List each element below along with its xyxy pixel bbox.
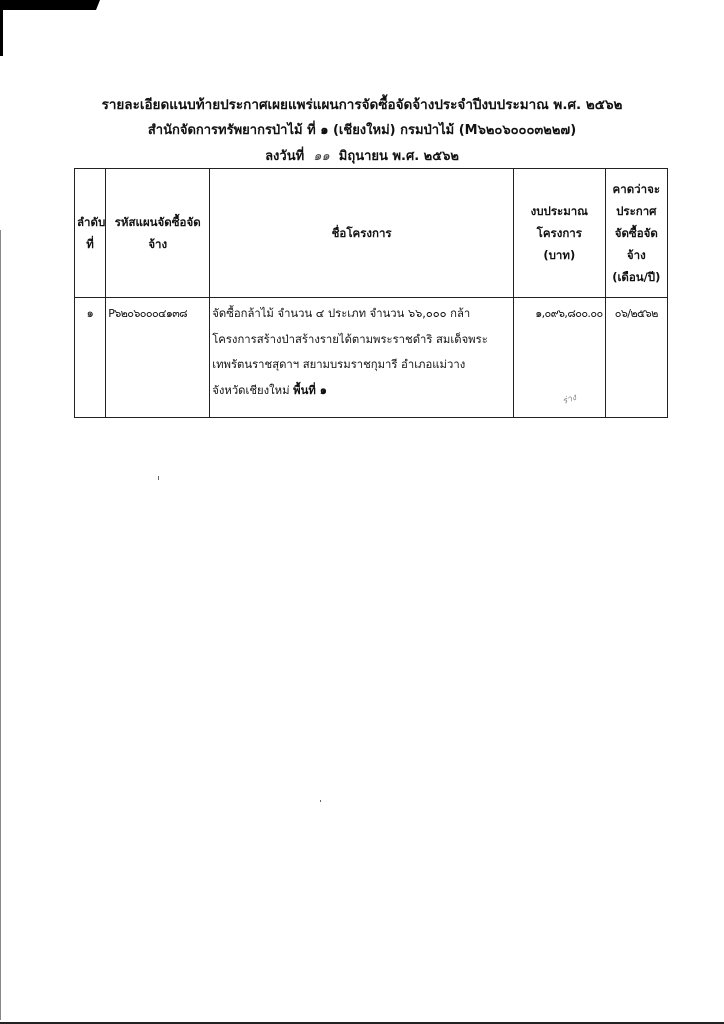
header-budget-line2: โครงการ — [516, 222, 603, 244]
header-expected-line2: ประกาศ — [608, 200, 665, 222]
table-row: ๑ P๖๒๐๖๐๐๐๔๑๓๘ จัดซื้อกล้าไม้ จำนวน ๔ ปร… — [75, 298, 668, 418]
project-name-line2: โครงการสร้างป่าสร้างรายได้ตามพระราชดำริ … — [212, 327, 511, 353]
procurement-plan-table: ลำดับ ที่ รหัสแผนจัดซื้อจัด จ้าง ชื่อโคร… — [74, 168, 668, 418]
table-header-row: ลำดับ ที่ รหัสแผนจัดซื้อจัด จ้าง ชื่อโคร… — [75, 169, 668, 298]
scan-speck — [320, 800, 321, 802]
cell-plan-code: P๖๒๐๖๐๐๐๔๑๓๘ — [106, 298, 210, 418]
header-budget: งบประมาณ โครงการ (บาท) — [514, 169, 606, 298]
cell-no: ๑ — [75, 298, 106, 418]
cell-project-name: จัดซื้อกล้าไม้ จำนวน ๔ ประเภท จำนวน ๖๖,๐… — [210, 298, 514, 418]
header-budget-line1: งบประมาณ — [516, 200, 603, 222]
project-area: พื้นที่ ๑ — [293, 384, 327, 397]
header-expected-line3: จัดซื้อจัด — [608, 222, 665, 244]
project-province: จังหวัดเชียงใหม่ — [212, 384, 293, 397]
header-no: ลำดับ ที่ — [75, 169, 106, 298]
header-no-line2: ที่ — [77, 233, 103, 255]
scan-shadow-left — [0, 0, 3, 56]
date-suffix: มิถุนายน พ.ศ. ๒๕๖๒ — [339, 149, 459, 164]
project-name-line4: จังหวัดเชียงใหม่ พื้นที่ ๑ — [212, 378, 511, 404]
header-plan-code: รหัสแผนจัดซื้อจัด จ้าง — [106, 169, 210, 298]
scan-edge-line — [0, 230, 1, 1020]
date-line: ลงวันที่ ๑๑ มิถุนายน พ.ศ. ๒๕๖๒ — [0, 145, 724, 166]
scan-shadow-top — [0, 0, 100, 10]
agency-line: สำนักจัดการทรัพยากรป่าไม้ ที่ ๑ (เชียงให… — [0, 119, 724, 140]
cell-expected-date: ๐๖/๒๕๖๒ — [605, 298, 667, 418]
date-day-handwritten: ๑๑ — [313, 149, 330, 164]
header-no-line1: ลำดับ — [77, 211, 103, 233]
header-code-line1: รหัสแผนจัดซื้อจัด — [108, 211, 207, 233]
date-prefix: ลงวันที่ — [265, 149, 304, 164]
header-project-name: ชื่อโครงการ — [210, 169, 514, 298]
header-budget-line3: (บาท) — [516, 244, 603, 266]
cell-budget: ๑,๐๙๖,๘๐๐.๐๐ — [514, 298, 606, 418]
project-name-line3: เทพรัตนราชสุดาฯ สยามบรมราชกุมารี อำเภอแม… — [212, 352, 511, 378]
header-expected-line5: (เดือน/ปี) — [608, 266, 665, 288]
header-expected-date: คาดว่าจะ ประกาศ จัดซื้อจัด จ้าง (เดือน/ป… — [605, 169, 667, 298]
header-expected-line4: จ้าง — [608, 244, 665, 266]
project-name-line1: จัดซื้อกล้าไม้ จำนวน ๔ ประเภท จำนวน ๖๖,๐… — [212, 301, 511, 327]
header-expected-line1: คาดว่าจะ — [608, 178, 665, 200]
document-title: รายละเอียดแนบท้ายประกาศเผยแพร่แผนการจัดซ… — [0, 93, 724, 115]
scan-speck — [158, 476, 159, 480]
header-code-line2: จ้าง — [108, 233, 207, 255]
